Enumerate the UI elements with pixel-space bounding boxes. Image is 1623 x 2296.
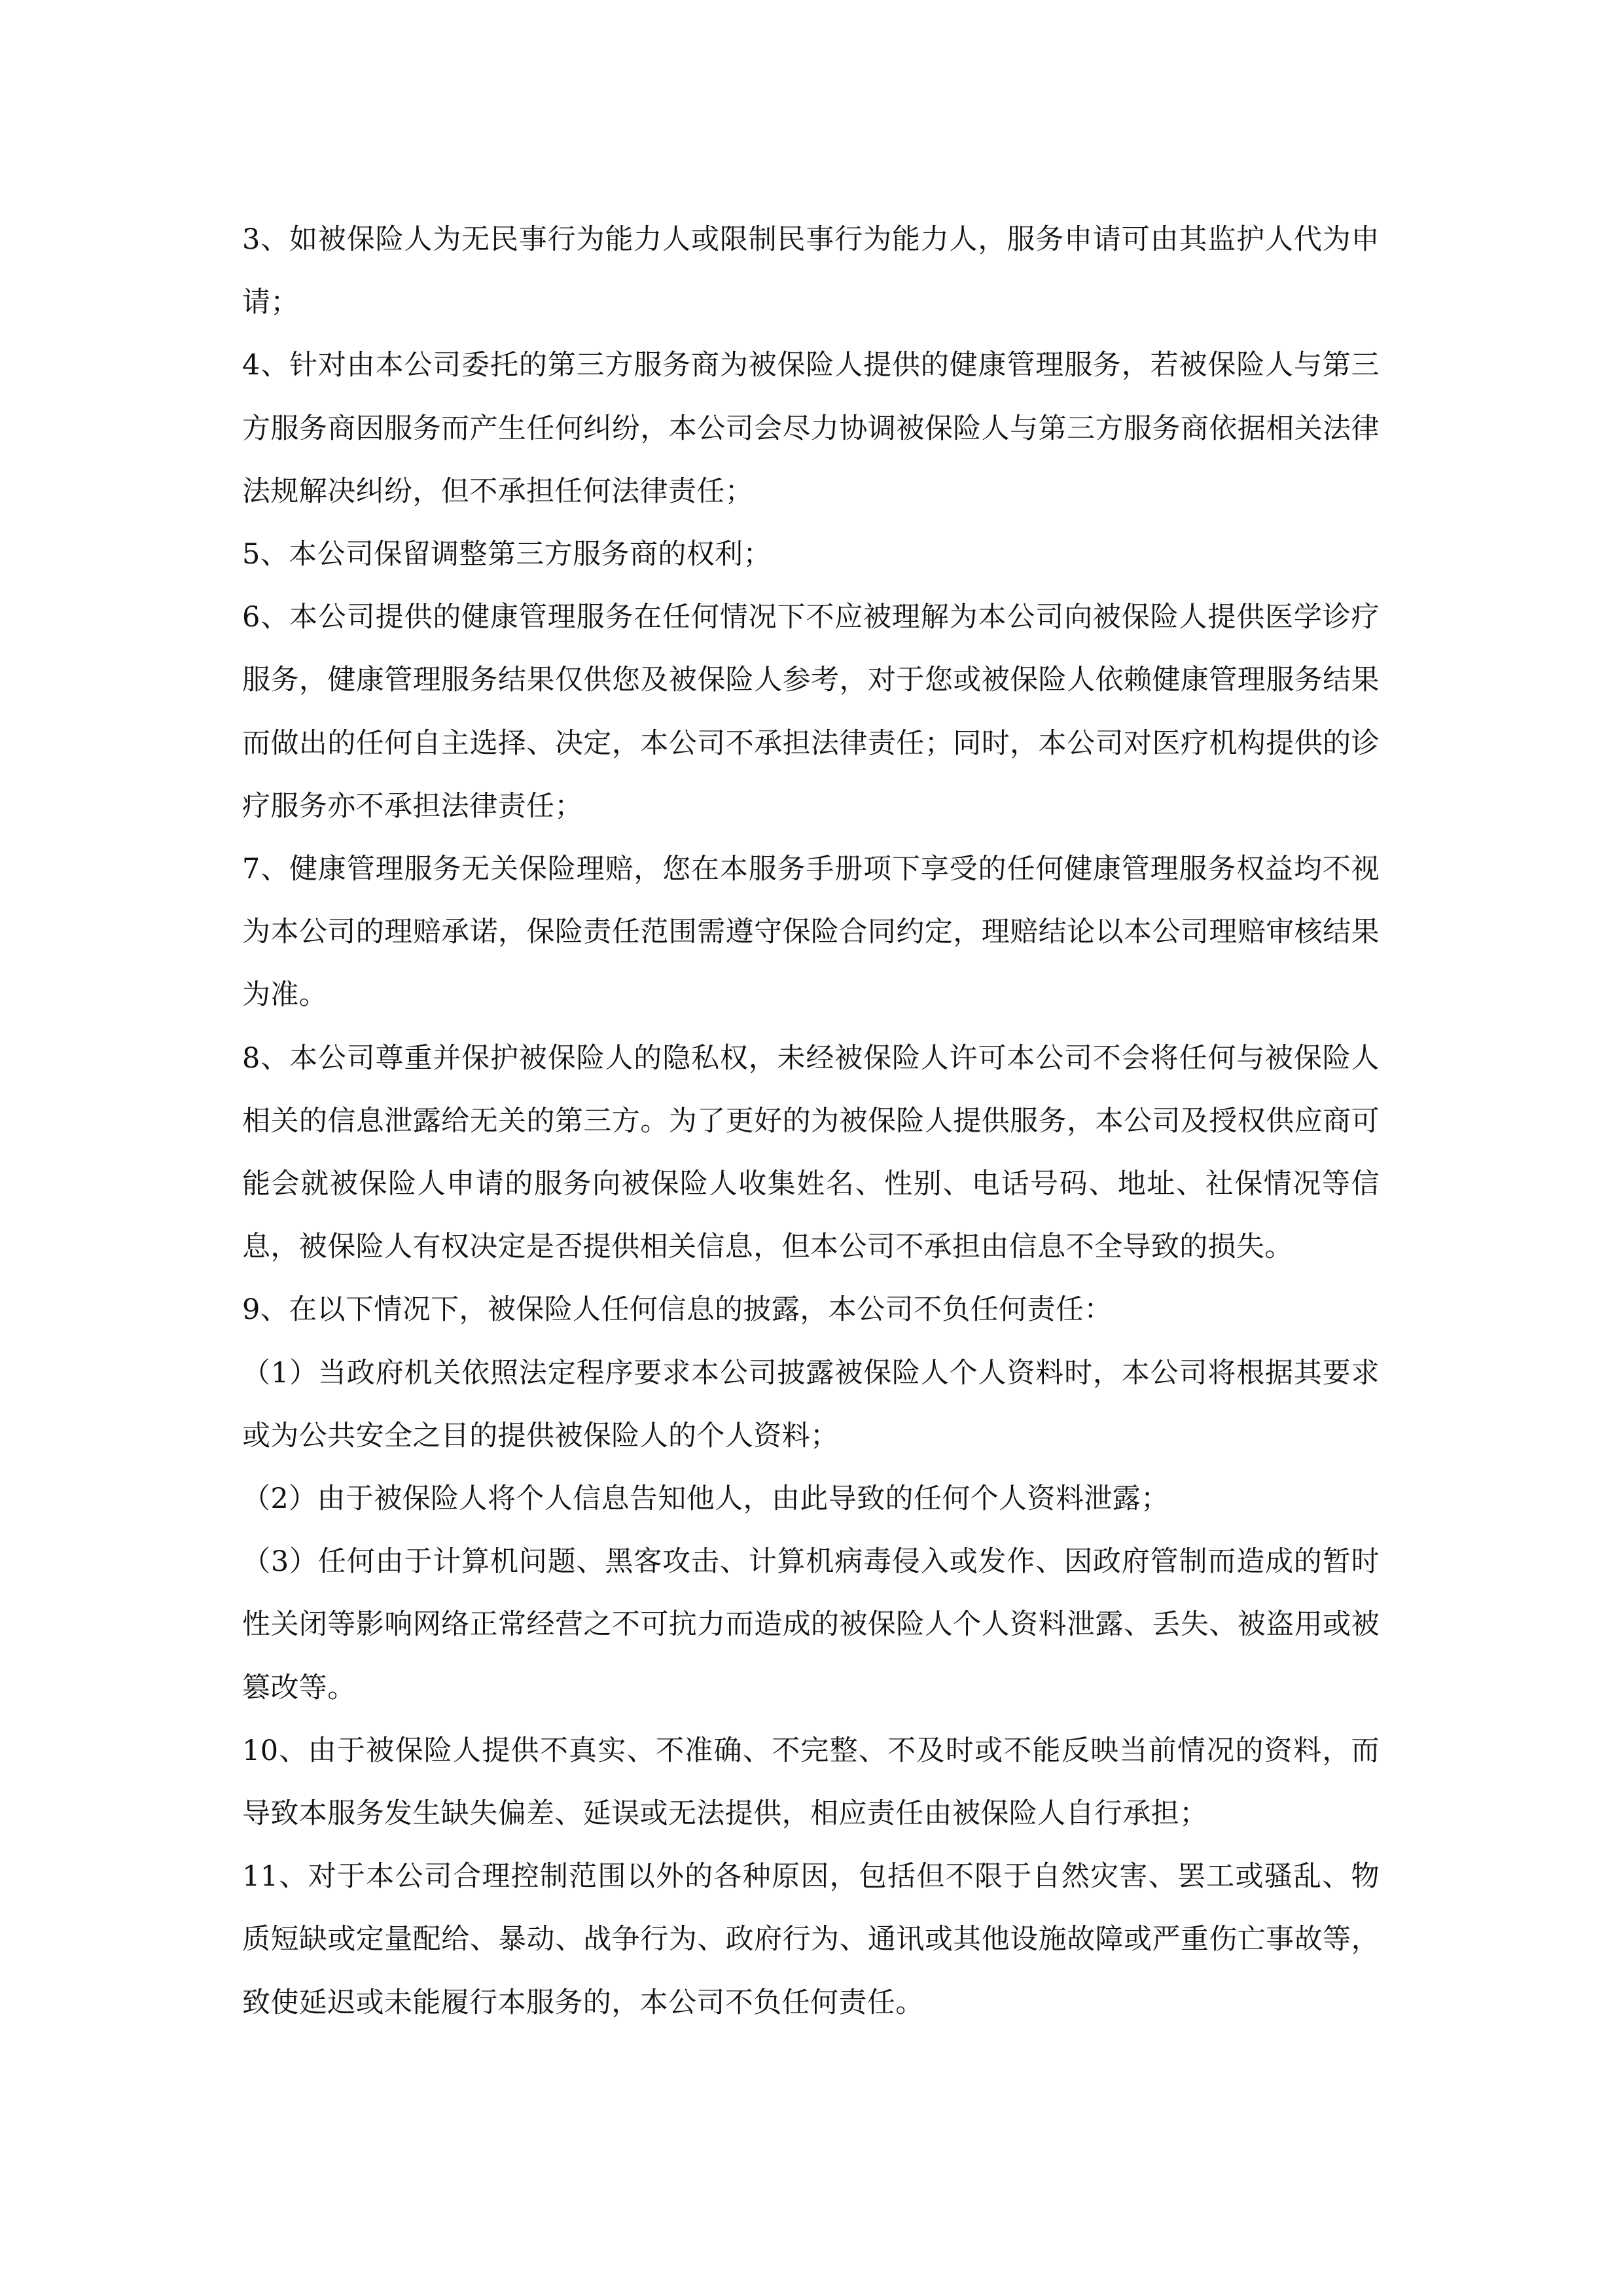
clause-10: 10、由于被保险人提供不真实、不准确、不完整、不及时或不能反映当前情况的资料，而… xyxy=(242,1719,1380,1845)
clause-9-item-3: （3）任何由于计算机问题、黑客攻击、计算机病毒侵入或发作、因政府管制而造成的暂时… xyxy=(242,1530,1380,1719)
clause-9-item-1: （1）当政府机关依照法定程序要求本公司披露被保险人个人资料时，本公司将根据其要求… xyxy=(242,1342,1380,1467)
clause-9: 9、在以下情况下，被保险人任何信息的披露，本公司不负任何责任： xyxy=(242,1278,1380,1341)
clause-5: 5、本公司保留调整第三方服务商的权利； xyxy=(242,523,1380,586)
clause-6: 6、本公司提供的健康管理服务在任何情况下不应被理解为本公司向被保险人提供医学诊疗… xyxy=(242,586,1380,838)
clause-4: 4、针对由本公司委托的第三方服务商为被保险人提供的健康管理服务，若被保险人与第三… xyxy=(242,334,1380,523)
clause-8: 8、本公司尊重并保护被保险人的隐私权，未经被保险人许可本公司不会将任何与被保险人… xyxy=(242,1027,1380,1279)
clause-3: 3、如被保险人为无民事行为能力人或限制民事行为能力人，服务申请可由其监护人代为申… xyxy=(242,208,1380,334)
clause-11: 11、对于本公司合理控制范围以外的各种原因，包括但不限于自然灾害、罢工或骚乱、物… xyxy=(242,1845,1380,2034)
clause-7: 7、健康管理服务无关保险理赔，您在本服务手册项下享受的任何健康管理服务权益均不视… xyxy=(242,838,1380,1027)
document-page: 3、如被保险人为无民事行为能力人或限制民事行为能力人，服务申请可由其监护人代为申… xyxy=(242,208,1380,2034)
clause-9-item-2: （2）由于被保险人将个人信息告知他人，由此导致的任何个人资料泄露； xyxy=(242,1467,1380,1530)
